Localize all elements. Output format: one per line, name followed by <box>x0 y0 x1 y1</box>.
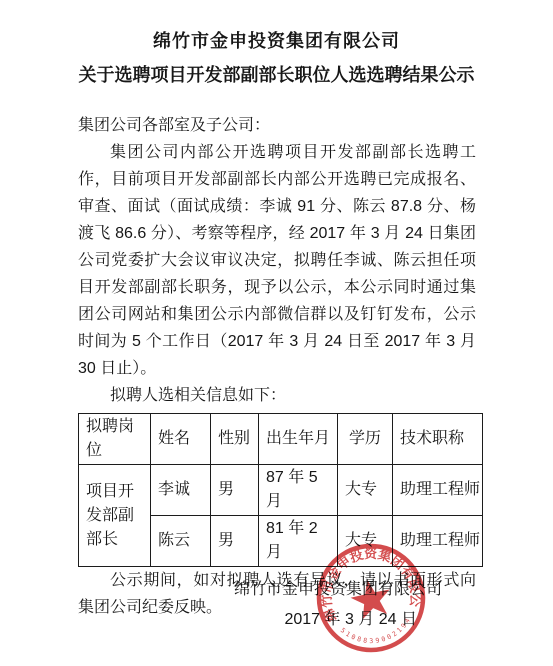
cell-title: 助理工程师 <box>393 465 483 516</box>
table-intro-text: 拟聘人选相关信息如下： <box>78 382 476 409</box>
document-body: 集团公司各部室及子公司： 集团公司内部公开选聘项目开发部副部长选聘工作，目前项目… <box>78 112 476 621</box>
cell-birth: 81 年 2 月 <box>259 516 338 567</box>
cell-name: 李诚 <box>151 465 211 516</box>
cell-education: 大专 <box>338 465 393 516</box>
document-page: 绵竹市金申投资集团有限公司 关于选聘项目开发部副部长职位人选选聘结果公示 集团公… <box>0 0 553 666</box>
cell-title: 助理工程师 <box>393 516 483 567</box>
candidate-table: 拟聘岗位 姓名 性别 出生年月 学历 技术职称 项目开发部副部长 李诚 男 87… <box>78 413 483 567</box>
signature-company: 绵竹市金申投资集团有限公司 <box>234 575 442 605</box>
table-row: 项目开发部副部长 李诚 男 87 年 5 月 大专 助理工程师 <box>79 465 483 516</box>
cell-name: 陈云 <box>151 516 211 567</box>
column-header-name: 姓名 <box>151 414 211 465</box>
column-header-title: 技术职称 <box>393 414 483 465</box>
document-subtitle: 关于选聘项目开发部副部长职位人选选聘结果公示 <box>0 60 553 90</box>
signature-block: 绵竹市金申投资集团有限公司 2017 年 3 月 24 日 <box>234 575 442 635</box>
cell-position: 项目开发部副部长 <box>79 465 151 567</box>
body-paragraph: 集团公司内部公开选聘项目开发部副部长选聘工作，目前项目开发部副部长内部公开选聘已… <box>78 139 476 382</box>
cell-education: 大专 <box>338 516 393 567</box>
cell-birth: 87 年 5 月 <box>259 465 338 516</box>
column-header-education: 学历 <box>338 414 393 465</box>
cell-gender: 男 <box>211 465 259 516</box>
cell-gender: 男 <box>211 516 259 567</box>
document-title: 绵竹市金申投资集团有限公司 <box>0 26 553 56</box>
table-header-row: 拟聘岗位 姓名 性别 出生年月 学历 技术职称 <box>79 414 483 465</box>
signature-date: 2017 年 3 月 24 日 <box>234 605 442 635</box>
column-header-position: 拟聘岗位 <box>79 414 151 465</box>
salutation-text: 集团公司各部室及子公司： <box>78 112 476 139</box>
column-header-gender: 性别 <box>211 414 259 465</box>
column-header-birth: 出生年月 <box>259 414 338 465</box>
